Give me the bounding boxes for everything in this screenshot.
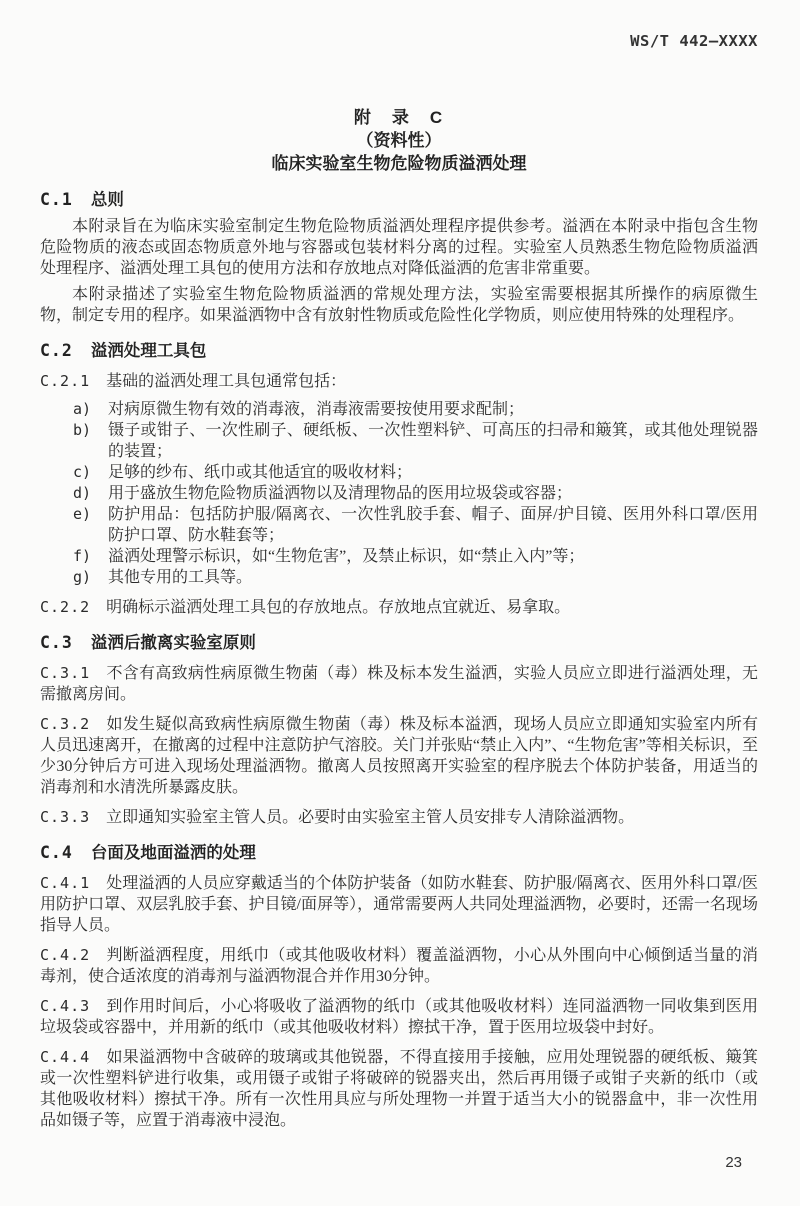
section-number: C.2	[40, 341, 73, 360]
doc-number: WS/T 442—XXXX	[40, 32, 758, 50]
document-page: WS/T 442—XXXX 附 录 C （资料性） 临床实验室生物危险物质溢洒处…	[0, 0, 800, 1206]
section-heading-c1: C.1总则	[40, 189, 758, 211]
list-marker: d)	[73, 483, 91, 504]
clause-number: C.2.2	[40, 598, 90, 616]
list-item-text: 其他专用的工具等。	[108, 569, 252, 586]
section-heading-c4: C.4台面及地面溢洒的处理	[40, 842, 758, 864]
list-marker: f)	[73, 546, 91, 567]
list-item-text: 溢洒处理警示标识，如“生物危害”，及禁止标识，如“禁止入内”等；	[108, 548, 584, 565]
page-number: 23	[725, 1154, 742, 1171]
section-title: 总则	[91, 191, 124, 209]
section-number: C.3	[40, 633, 73, 652]
list-item-text: 足够的纱布、纸巾或其他适宜的吸收材料；	[108, 464, 412, 481]
clause-number: C.4.2	[40, 946, 90, 964]
list-item: f)溢洒处理警示标识，如“生物危害”，及禁止标识，如“禁止入内”等；	[40, 546, 758, 567]
clause-c4-4: C.4.4如果溢洒物中含破碎的玻璃或其他锐器，不得直接用手接触，应用处理锐器的硬…	[40, 1047, 758, 1131]
clause-text: 如发生疑似高致病性病原微生物菌（毒）株及标本溢洒，现场人员应立即通知实验室内所有…	[40, 716, 758, 796]
section-heading-c3: C.3溢洒后撤离实验室原则	[40, 632, 758, 654]
clause-c3-1: C.3.1不含有高致病性病原微生物菌（毒）株及标本发生溢洒，实验人员应立即进行溢…	[40, 663, 758, 705]
clause-text: 基础的溢洒处理工具包通常包括：	[106, 373, 346, 390]
section-title: 溢洒后撤离实验室原则	[91, 634, 256, 652]
section-title: 溢洒处理工具包	[91, 342, 207, 360]
list-marker: e)	[73, 504, 91, 525]
list-marker: b)	[73, 420, 91, 441]
appendix-subject: 临床实验室生物危险物质溢洒处理	[40, 152, 758, 175]
clause-text: 明确标示溢洒处理工具包的存放地点。存放地点宜就近、易拿取。	[106, 599, 570, 616]
clause-c3-2: C.3.2如发生疑似高致病性病原微生物菌（毒）株及标本溢洒，现场人员应立即通知实…	[40, 714, 758, 798]
clause-c2-2: C.2.2明确标示溢洒处理工具包的存放地点。存放地点宜就近、易拿取。	[40, 597, 758, 618]
clause-number: C.3.3	[40, 808, 90, 826]
section-title: 台面及地面溢洒的处理	[91, 844, 256, 862]
clause-text: 如果溢洒物中含破碎的玻璃或其他锐器，不得直接用手接触，应用处理锐器的硬纸板、簸箕…	[40, 1049, 758, 1129]
clause-text: 处理溢洒的人员应穿戴适当的个体防护装备（如防水鞋套、防护服/隔离衣、医用外科口罩…	[40, 875, 758, 934]
clause-text: 立即通知实验室主管人员。必要时由实验室主管人员安排专人清除溢洒物。	[106, 809, 634, 826]
appendix-title: 附 录 C	[40, 106, 758, 129]
list-item-text: 镊子或钳子、一次性刷子、硬纸板、一次性塑料铲、可高压的扫帚和簸箕，或其他处理锐器…	[108, 422, 758, 460]
list-marker: c)	[73, 462, 91, 483]
list-item: g)其他专用的工具等。	[40, 567, 758, 588]
appendix-title-block: 附 录 C （资料性） 临床实验室生物危险物质溢洒处理	[40, 106, 758, 175]
clause-text: 判断溢洒程度，用纸巾（或其他吸收材料）覆盖溢洒物，小心从外围向中心倾倒适当量的消…	[40, 947, 758, 985]
list-item: e)防护用品：包括防护服/隔离衣、一次性乳胶手套、帽子、面屏/护目镜、医用外科口…	[40, 504, 758, 546]
list-item: a)对病原微生物有效的消毒液，消毒液需要按使用要求配制；	[40, 399, 758, 420]
section-number: C.1	[40, 190, 73, 209]
appendix-type: （资料性）	[40, 129, 758, 152]
clause-number: C.4.1	[40, 874, 90, 892]
clause-number: C.4.4	[40, 1048, 90, 1066]
clause-number: C.3.1	[40, 664, 90, 682]
list-marker: g)	[73, 567, 91, 588]
clause-number: C.2.1	[40, 372, 90, 390]
clause-number: C.3.2	[40, 715, 90, 733]
list-item-text: 用于盛放生物危险物质溢洒物以及清理物品的医用垃圾袋或容器；	[108, 485, 572, 502]
clause-text: 到作用时间后，小心将吸收了溢洒物的纸巾（或其他吸收材料）连同溢洒物一同收集到医用…	[40, 998, 758, 1036]
clause-c4-1: C.4.1处理溢洒的人员应穿戴适当的个体防护装备（如防水鞋套、防护服/隔离衣、医…	[40, 873, 758, 936]
list-item: c)足够的纱布、纸巾或其他适宜的吸收材料；	[40, 462, 758, 483]
section-number: C.4	[40, 843, 73, 862]
clause-text: 不含有高致病性病原微生物菌（毒）株及标本发生溢洒，实验人员应立即进行溢洒处理，无…	[40, 665, 758, 703]
paragraph: 本附录旨在为临床实验室制定生物危险物质溢洒处理程序提供参考。溢洒在本附录中指包含…	[40, 216, 758, 279]
list-item-text: 对病原微生物有效的消毒液，消毒液需要按使用要求配制；	[108, 401, 524, 418]
paragraph: 本附录描述了实验室生物危险物质溢洒的常规处理方法，实验室需要根据其所操作的病原微…	[40, 284, 758, 326]
clause-c4-3: C.4.3到作用时间后，小心将吸收了溢洒物的纸巾（或其他吸收材料）连同溢洒物一同…	[40, 996, 758, 1038]
list-item: d)用于盛放生物危险物质溢洒物以及清理物品的医用垃圾袋或容器；	[40, 483, 758, 504]
clause-c2-1: C.2.1基础的溢洒处理工具包通常包括：	[40, 371, 758, 392]
clause-c3-3: C.3.3立即通知实验室主管人员。必要时由实验室主管人员安排专人清除溢洒物。	[40, 807, 758, 828]
section-heading-c2: C.2溢洒处理工具包	[40, 340, 758, 362]
tool-kit-list: a)对病原微生物有效的消毒液，消毒液需要按使用要求配制； b)镊子或钳子、一次性…	[40, 399, 758, 588]
clause-number: C.4.3	[40, 997, 90, 1015]
list-marker: a)	[73, 399, 91, 420]
clause-c4-2: C.4.2判断溢洒程度，用纸巾（或其他吸收材料）覆盖溢洒物，小心从外围向中心倾倒…	[40, 945, 758, 987]
list-item: b)镊子或钳子、一次性刷子、硬纸板、一次性塑料铲、可高压的扫帚和簸箕，或其他处理…	[40, 420, 758, 462]
list-item-text: 防护用品：包括防护服/隔离衣、一次性乳胶手套、帽子、面屏/护目镜、医用外科口罩/…	[108, 506, 758, 544]
